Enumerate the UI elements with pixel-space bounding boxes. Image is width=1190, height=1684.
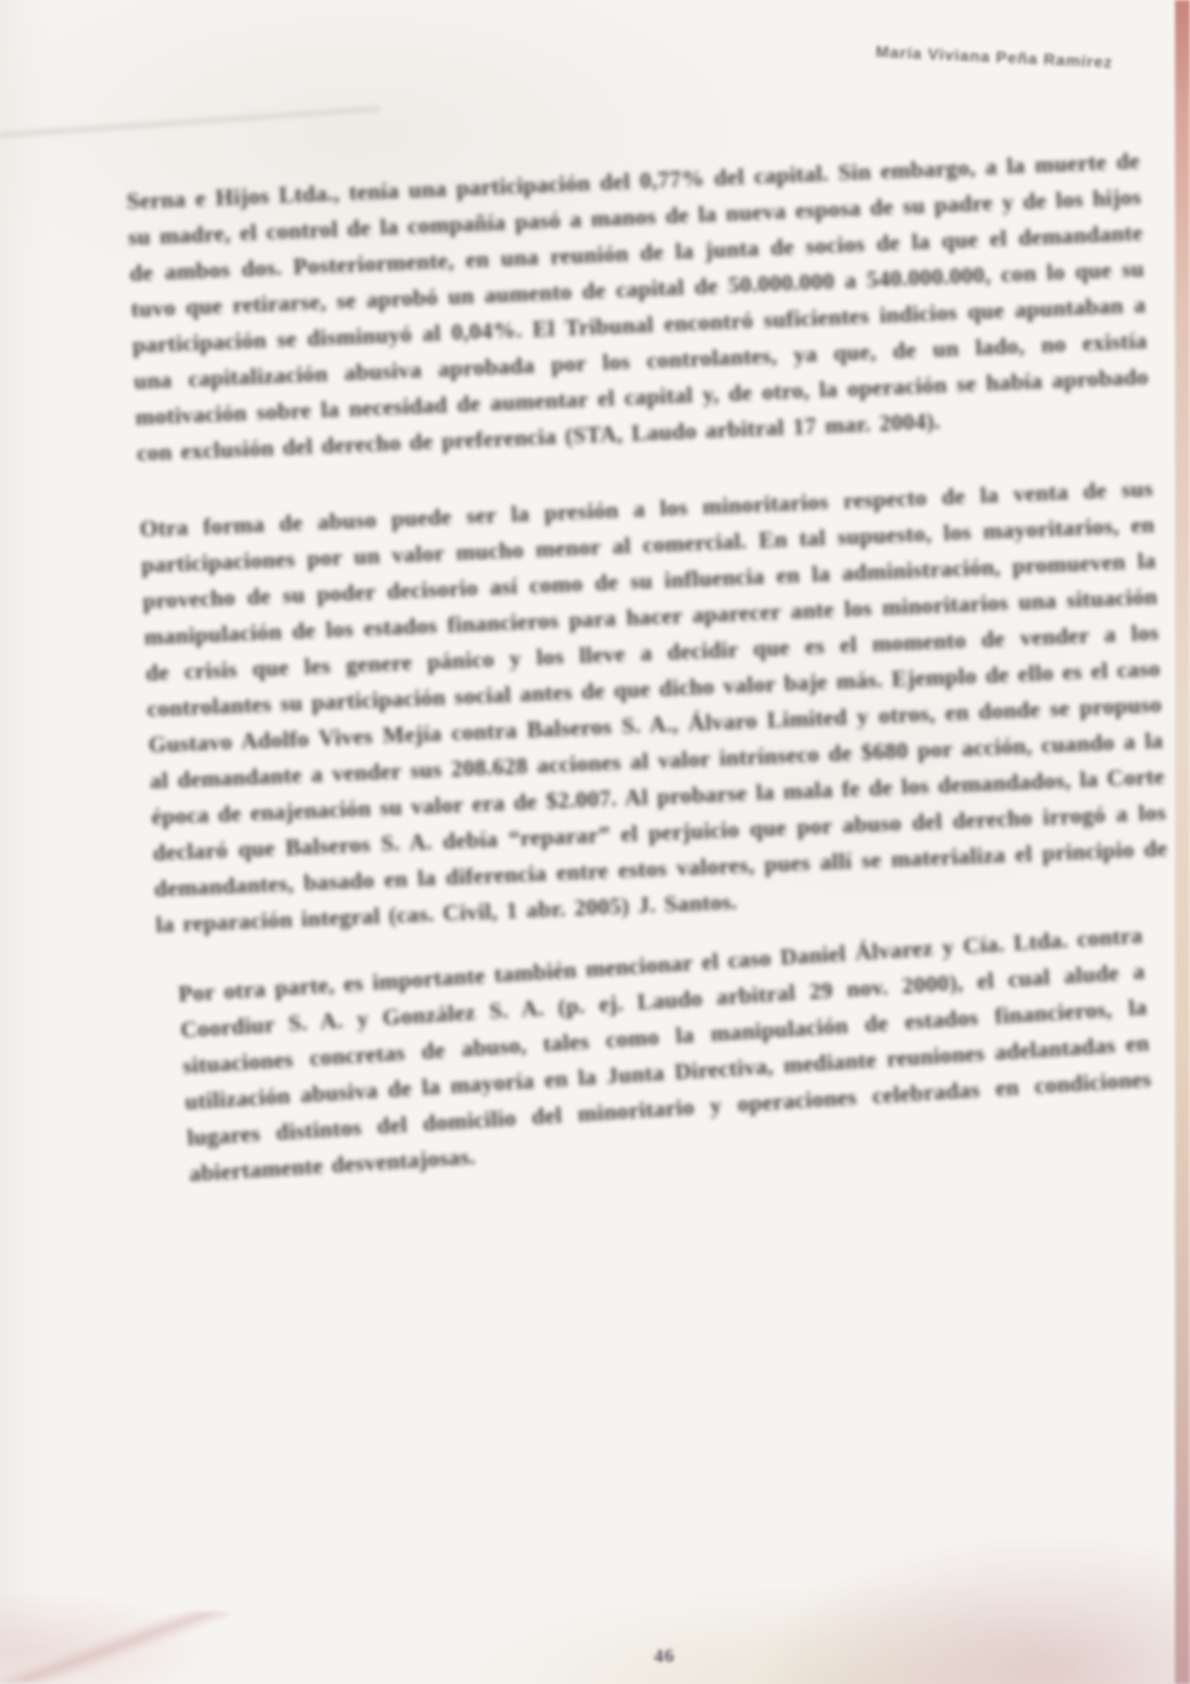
paper-crease-top-left: [0, 96, 380, 148]
page-number: 46: [654, 1646, 676, 1669]
paragraph-presion-minoritarios: Otra forma de abuso puede ser la presión…: [139, 471, 1170, 943]
paragraph-caso-laudo-2000: Por otra parte, es importante también me…: [177, 918, 1154, 1193]
scanned-page: María Viviana Peña Ramírez Serna e Hijos…: [0, 0, 1190, 1684]
paragraph-capitalizacion-abusiva: Serna e Hijos Ltda., tenía una participa…: [126, 143, 1151, 471]
body-text-block: Serna e Hijos Ltda., tenía una participa…: [126, 143, 1180, 1193]
running-head-author: María Viviana Peña Ramírez: [875, 44, 1130, 74]
scan-edge-strip: [1175, 0, 1190, 1684]
paper-crease-bottom-left: [0, 1612, 230, 1682]
